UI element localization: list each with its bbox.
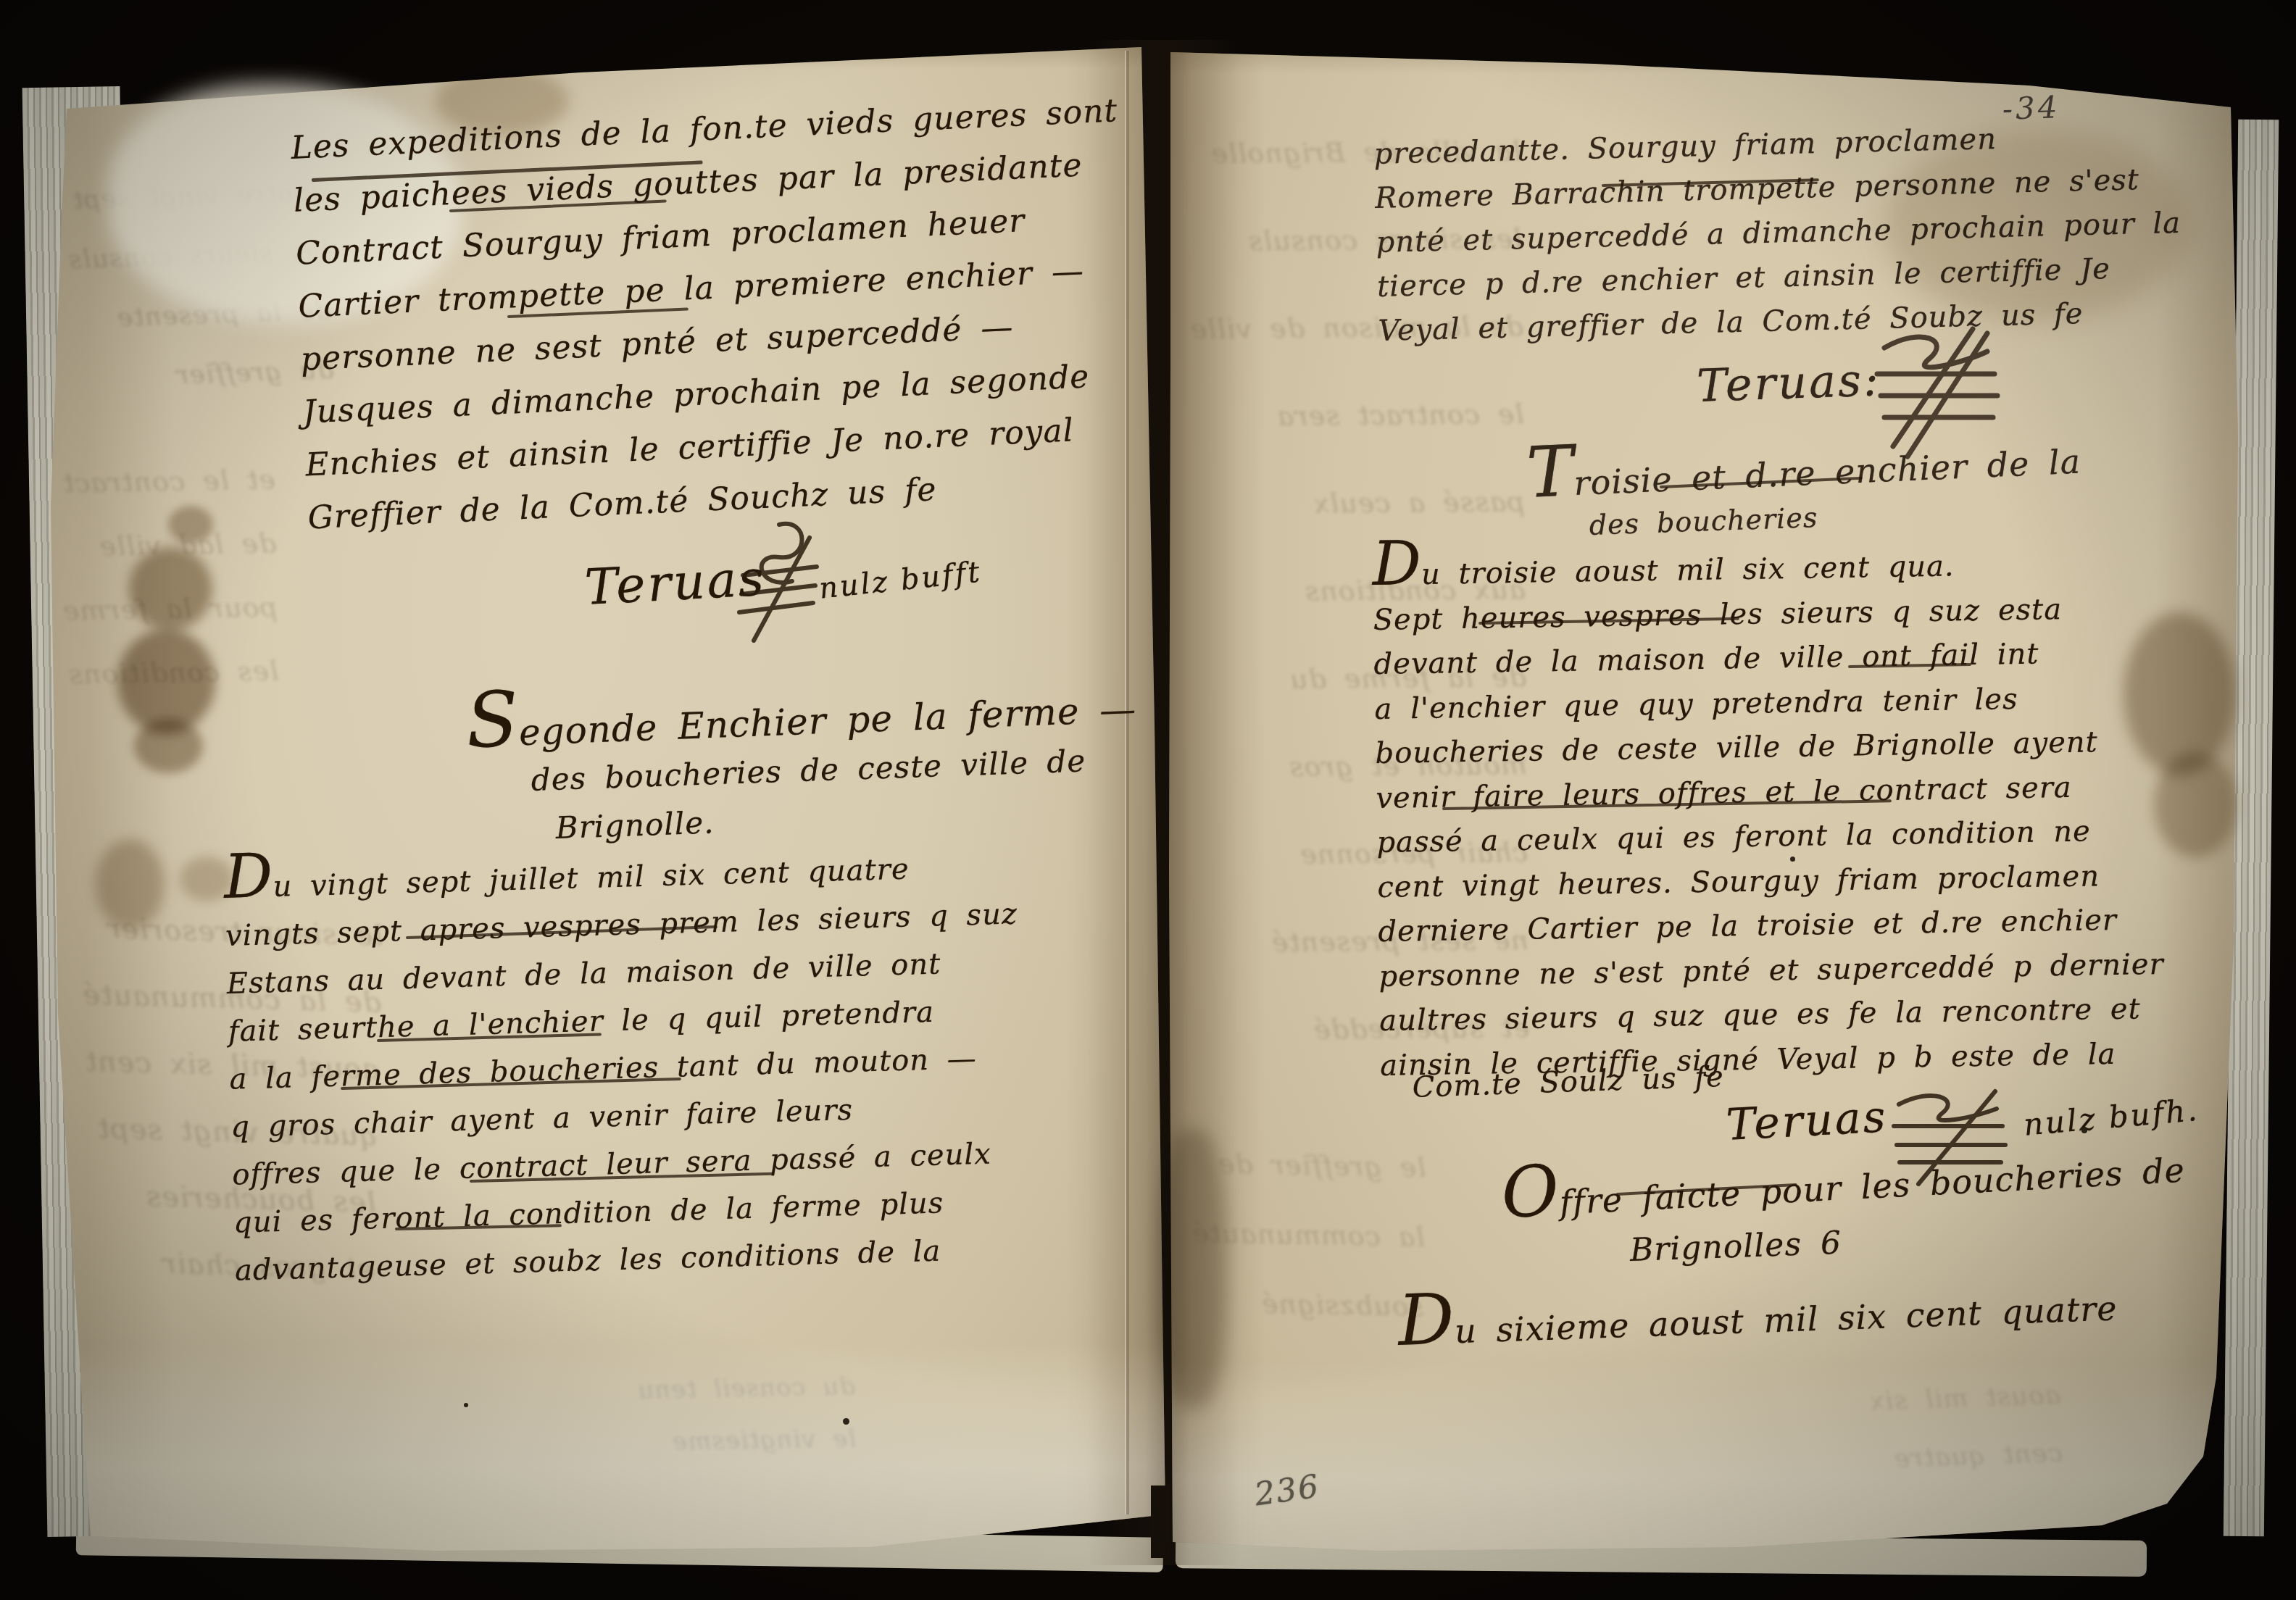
ghost-line: passé a ceulx — [1191, 458, 1525, 549]
bleed-through-text: du conseil tenu le vingtiesme — [637, 1360, 857, 1468]
ghost-line: du conseil tenu — [637, 1360, 856, 1416]
ghost-line: du greffier — [71, 341, 335, 409]
bleed-through-text: le greffier de la communauté soubzsigné — [1191, 1128, 1427, 1341]
ghost-line: la communauté — [1191, 1198, 1426, 1272]
manuscript-photo: { "document": { "description": "17th-cen… — [0, 0, 2296, 1600]
ghost-line: soubzsigné — [1191, 1267, 1425, 1341]
right-entry-first-paragraph: precedantte. Sourguy friam proclamen Rom… — [1373, 113, 2184, 354]
gutter-gap — [1151, 1486, 1170, 1558]
signature-teruas: Teruas: — [1696, 353, 1881, 412]
ghost-line: le contract sera — [1190, 370, 1524, 461]
ghost-line: les sieurs consuls — [67, 222, 330, 291]
ghost-line: pour la ferme — [62, 575, 278, 642]
ghost-line: le vingtiesme — [638, 1412, 857, 1468]
signature-flourish — [728, 516, 826, 657]
ink-speck — [1790, 857, 1795, 862]
signature-flourish-crosshatch — [1881, 1081, 2018, 1190]
offer-heading-line2: Brignolles 6 — [1629, 1225, 1842, 1269]
signature-flourish-crosshatch — [1863, 317, 2011, 466]
signature-teruas: Teruas — [1725, 1091, 1889, 1151]
ink-speck — [464, 1403, 468, 1407]
ghost-line: de la presente — [69, 281, 333, 350]
ghost-line: et le contract — [59, 447, 276, 514]
bleed-through-text: et le contract de lad ville pour la ferm… — [59, 447, 279, 706]
ghost-line: de lad ville — [60, 511, 277, 578]
page-fold-crease — [1125, 51, 1129, 1514]
ghost-line: quatre vingt sept — [65, 162, 328, 231]
left-entry-second-paragraph: Du vingt sept juillet mil six cent quatr… — [223, 833, 1028, 1294]
ghost-line: le greffier de — [1193, 1128, 1427, 1202]
page-number: -34 — [2002, 89, 2060, 127]
section-heading-line3: Brignolle. — [555, 804, 715, 846]
ghost-line: les conditions — [63, 638, 280, 706]
bleed-through-text: aoust mil six cent quatre — [1868, 1366, 2063, 1488]
ink-speck — [2081, 1128, 2087, 1133]
ghost-line: cent quatre — [1870, 1424, 2063, 1488]
left-entry-first-paragraph: Les expeditions de la fon.te vieds guere… — [290, 84, 1136, 544]
ghost-line: aoust mil six — [1868, 1366, 2061, 1430]
ink-speck — [843, 1418, 849, 1425]
